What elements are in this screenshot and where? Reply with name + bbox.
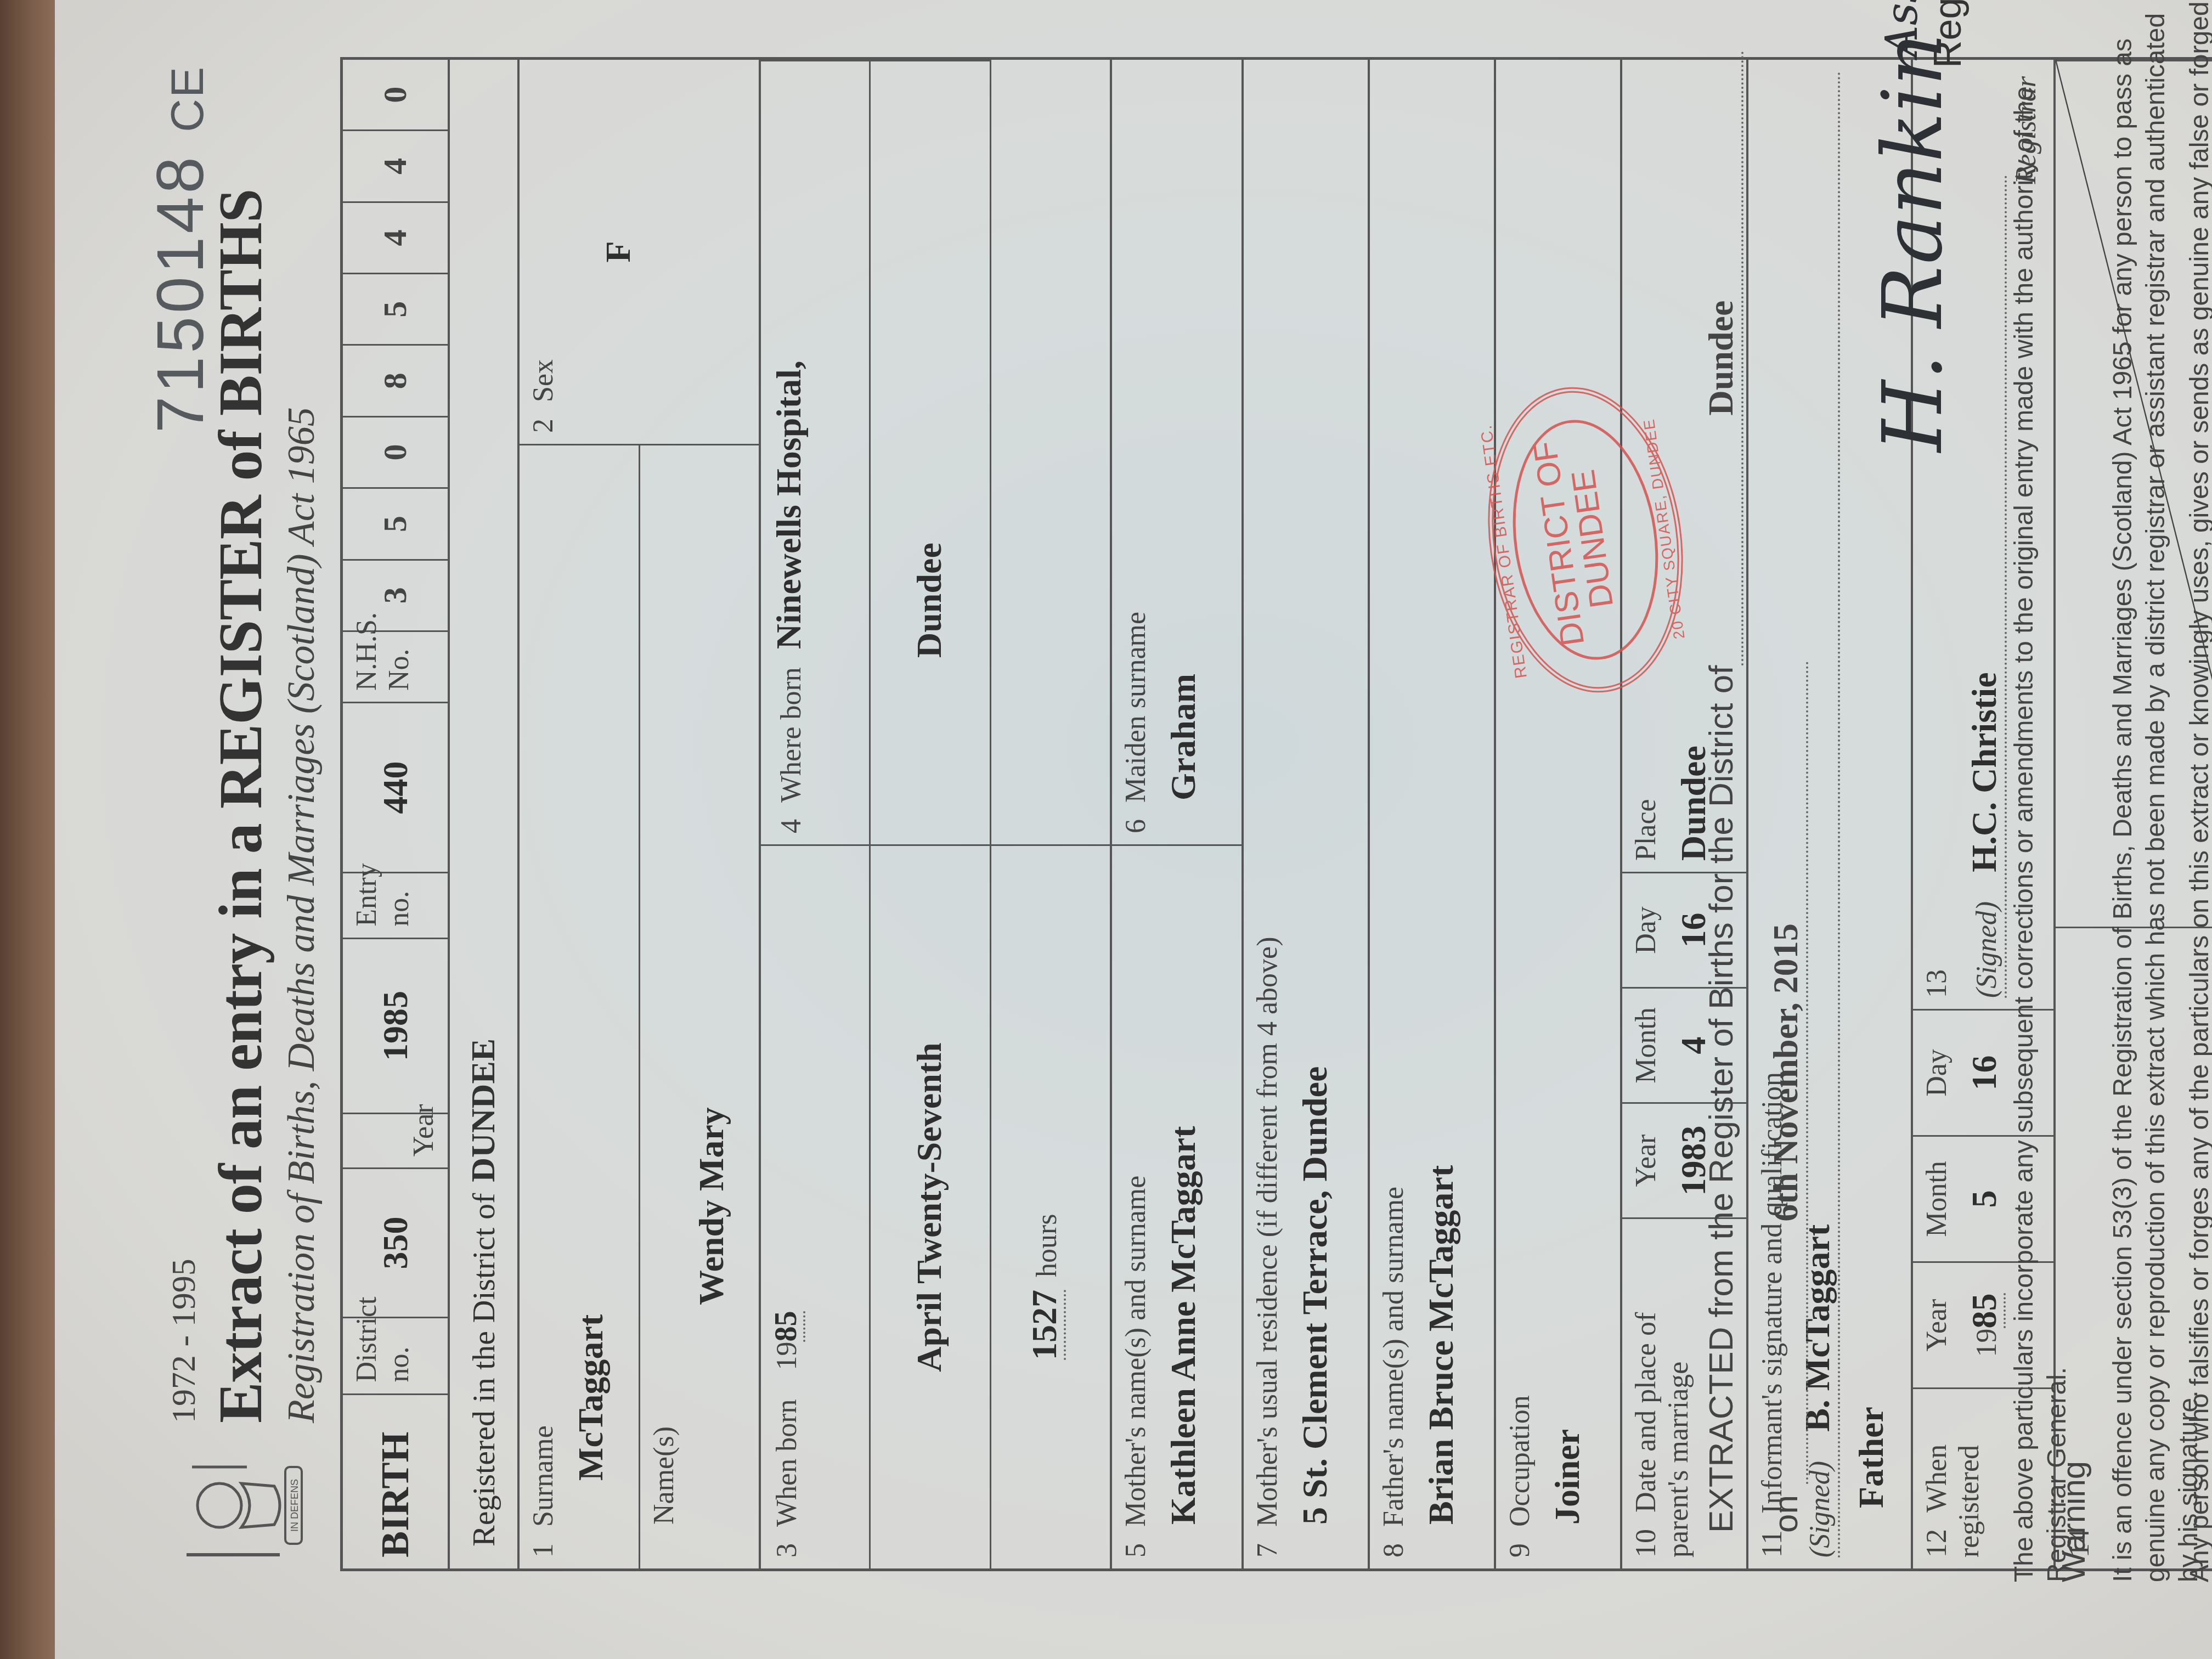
entry-number: 440 [375, 761, 416, 814]
registered-year: 85 [1965, 1294, 2006, 1329]
registered-month: 5 [1964, 1148, 2005, 1250]
royal-crest-icon: IN DEFENS [181, 1434, 307, 1577]
document-title: Extract of an entry in a REGISTER of BIR… [206, 189, 276, 1423]
occupation-field: 9Occupation Joiner [1496, 60, 1620, 1568]
mother-value: Kathleen Anne McTaggart [1163, 857, 1204, 1525]
nhs-digit: 0 [343, 60, 448, 129]
nhs-digit: 5 [343, 273, 448, 344]
nhs-number: 35085440 [343, 60, 448, 630]
document-subtitle: Registration of Births, Deaths and Marri… [280, 407, 324, 1423]
entry-header-row: BIRTH District no. 350 Year 1985 Entry n… [340, 57, 450, 1571]
registrar-name: H.C. Christie [1965, 672, 2004, 872]
where-born-line2: Dundee [910, 543, 949, 658]
extract-district: Dundee [1701, 51, 1743, 665]
sex-value: F [598, 71, 639, 433]
nhs-digit: 3 [343, 559, 448, 630]
signature-label: Registrar [1926, 0, 1970, 68]
svg-text:IN DEFENS: IN DEFENS [289, 1479, 300, 1532]
nhs-digit: 8 [343, 345, 448, 416]
warning-title: Warning [2057, 0, 2090, 1582]
father-value: Brian Bruce McTaggart [1421, 71, 1462, 1525]
maiden-surname-field: 6Maiden surname Graham [1112, 60, 1242, 844]
residence-value: 5 St. Clement Terrace, Dundee [1295, 71, 1335, 1525]
birth-time-value: 1527 [1025, 1290, 1066, 1360]
registered-day: 16 [1964, 1022, 2005, 1124]
occupation-value: Joiner [1547, 71, 1588, 1525]
registered-district: Registered in the District ofDUNDEE [450, 57, 520, 1571]
birth-date-value: April Twenty-Seventh [910, 1042, 949, 1372]
extract-date: 6th November, 2015 [1765, 661, 1808, 1484]
mother-field: 5Mother's name(s) and surname Kathleen A… [1112, 844, 1242, 1568]
extract-statement: EXTRACTED from the Register of Births fo… [1701, 51, 1808, 1533]
nhs-digit: 0 [343, 416, 448, 487]
father-field: 8Father's name(s) and surname Brian Bruc… [1370, 60, 1494, 1568]
nhs-digit: 4 [343, 201, 448, 273]
nhs-digit: 5 [343, 487, 448, 558]
surname-field: 1Surname McTaggart [520, 445, 640, 1568]
where-born-field: 4Where born Ninewells Hospital, [761, 60, 871, 844]
names-value: Wendy Mary [691, 456, 732, 1305]
when-born-field: 3When born 1985 [761, 846, 871, 1568]
maiden-surname-value: Graham [1163, 71, 1204, 800]
sex-field: 2Sex F [520, 60, 759, 444]
names-field: Name(s) Wendy Mary [640, 445, 759, 1568]
residence-field: 7Mother's usual residence (if different … [1244, 60, 1368, 1568]
nhs-digit: 4 [343, 129, 448, 201]
record-type: BIRTH [373, 1431, 418, 1558]
surname-value: McTaggart [571, 456, 611, 1481]
district-number: 350 [375, 1216, 416, 1269]
signature-qualifier: Asst [1876, 0, 1927, 57]
registrar-signature: H. Rankin [1865, 33, 1961, 452]
where-born-line1: Ninewells Hospital, [769, 360, 808, 649]
year-range: 1972 - 1995 [165, 1259, 204, 1423]
birth-certificate-page: 7150148 CE IN DEFENS 1972 - 1995 Extract… [55, 0, 2212, 1659]
warning-text-2: Any person who falsifies or forges any o… [2183, 0, 2212, 1582]
register-year: 1985 [375, 991, 416, 1061]
